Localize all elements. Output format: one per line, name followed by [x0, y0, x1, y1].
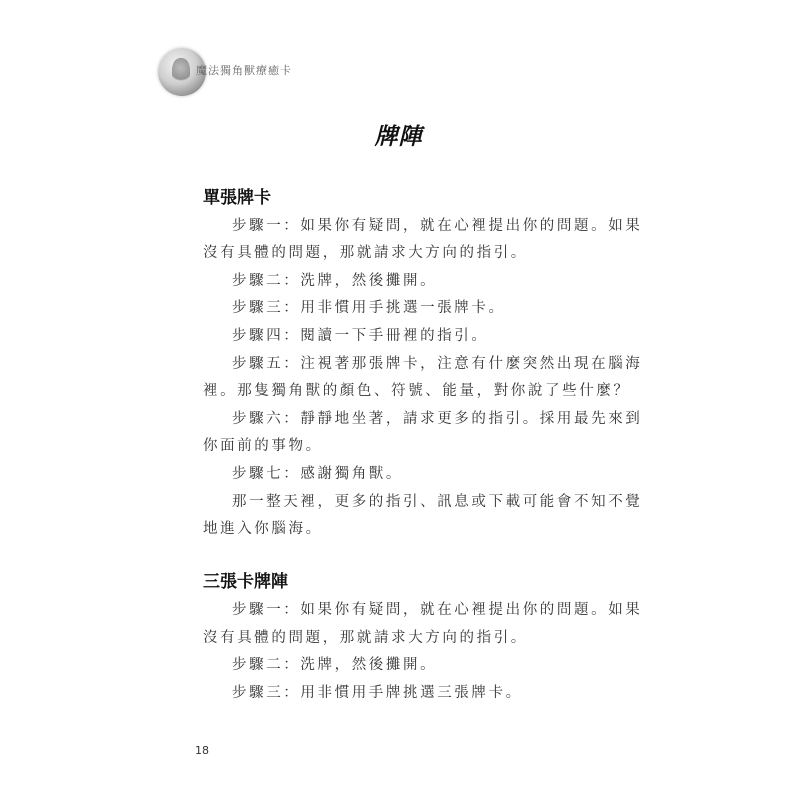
paragraph-line: 步驟一：如果你有疑問，就在心裡提出你的問題。如果 [232, 598, 642, 619]
paragraph-line: 地進入你腦海。 [203, 517, 323, 538]
paragraph-line: 你面前的事物。 [203, 434, 323, 455]
paragraph-line: 那一整天裡，更多的指引、訊息或下載可能會不知不覺 [232, 490, 642, 511]
paragraph-line: 步驟三：用非慣用手挑選一張牌卡。 [232, 296, 506, 317]
paragraph-line: 步驟二：洗牌，然後攤開。 [232, 269, 437, 290]
section-heading-three-card: 三張卡牌陣 [203, 567, 288, 592]
paragraph-line: 步驟三：用非慣用手牌挑選三張牌卡。 [232, 681, 523, 702]
paragraph-line: 步驟七：感謝獨角獸。 [232, 462, 403, 483]
paragraph-line: 步驟一：如果你有疑問，就在心裡提出你的問題。如果 [232, 214, 642, 235]
section-heading-single-card: 單張牌卡 [203, 183, 271, 208]
paragraph-line: 裡。那隻獨角獸的顏色、符號、能量，對你說了些什麼？ [203, 379, 631, 400]
paragraph-line: 步驟四：閱讀一下手冊裡的指引。 [232, 324, 489, 345]
page-number: 18 [195, 744, 209, 757]
paragraph-line: 步驟六：靜靜地坐著，請求更多的指引。採用最先來到 [232, 407, 642, 428]
paragraph-line: 步驟二：洗牌，然後攤開。 [232, 653, 437, 674]
book-title: 魔法獨角獸療癒卡 [196, 62, 292, 78]
paragraph-line: 沒有具體的問題，那就請求大方向的指引。 [203, 241, 528, 262]
paragraph-line: 沒有具體的問題，那就請求大方向的指引。 [203, 626, 528, 647]
paragraph-line: 步驟五：注視著那張牌卡，注意有什麼突然出現在腦海 [232, 352, 642, 373]
page-title: 牌陣 [0, 118, 797, 151]
